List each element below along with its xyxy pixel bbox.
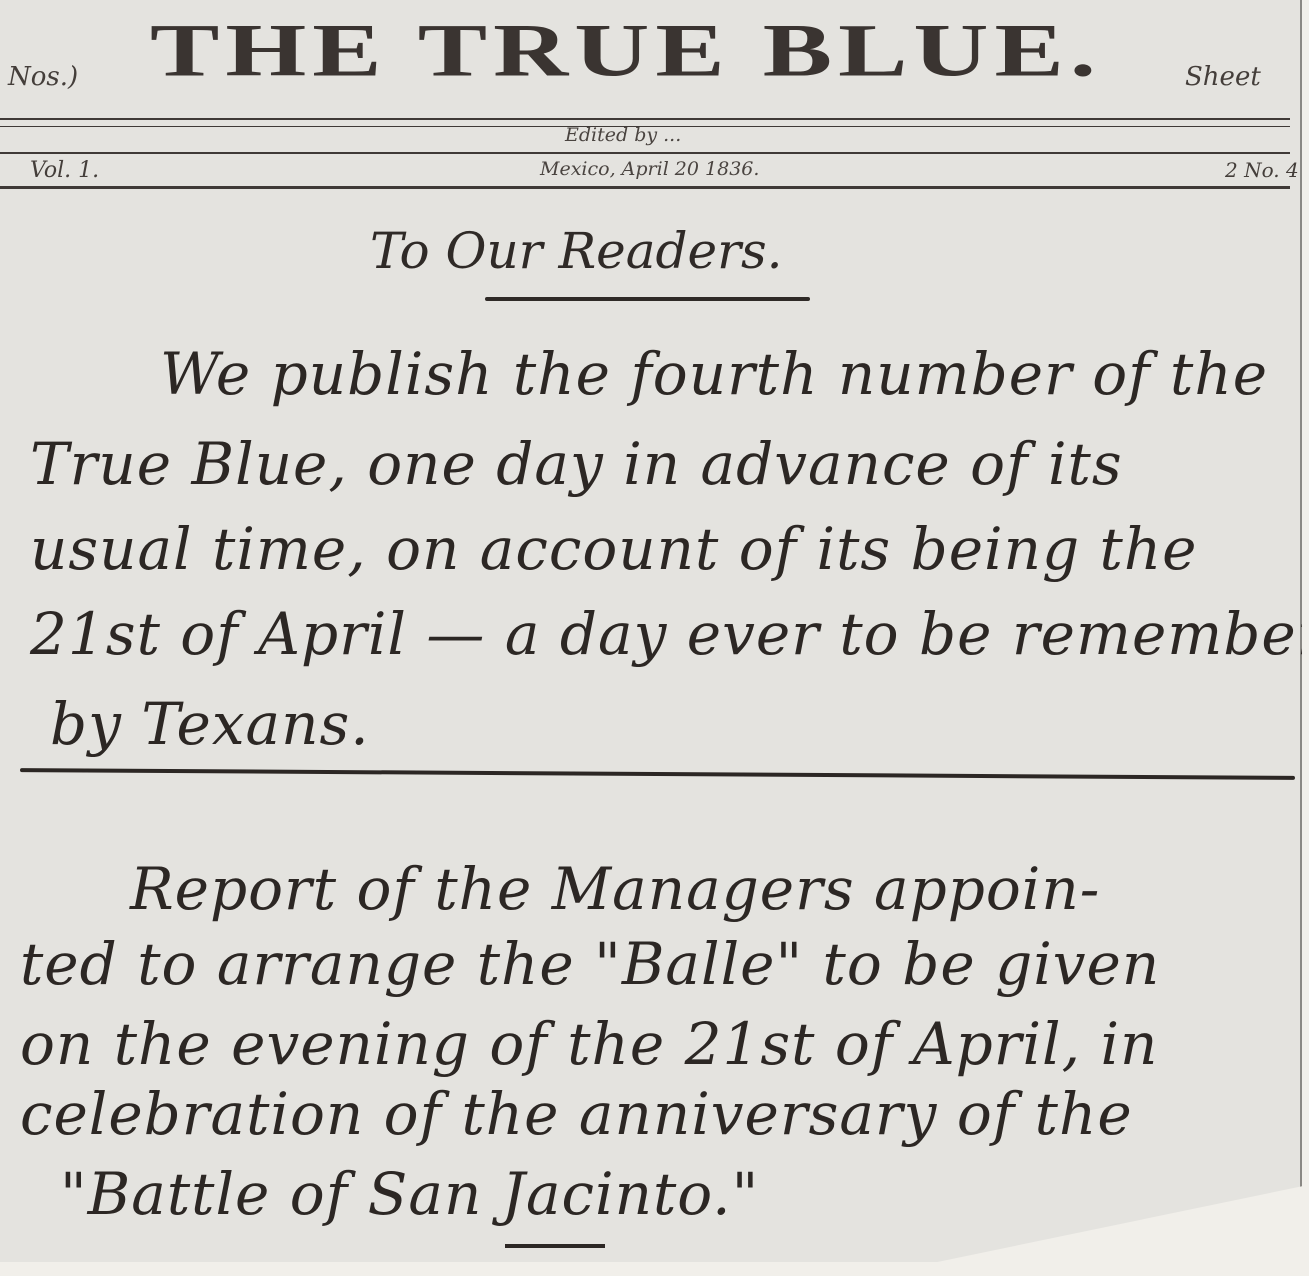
masthead-left-corner: Nos.) (8, 62, 78, 92)
masthead-right-corner: Sheet (1185, 62, 1261, 92)
dateline: Mexico, April 20 1836. (540, 158, 759, 180)
article-heading: To Our Readers. (370, 222, 783, 280)
article1-line: usual time, on account of its being the (30, 515, 1198, 583)
newspaper-page: Nos.) THE TRUE BLUE. Sheet Edited by ...… (0, 0, 1302, 1262)
heading-underline (485, 297, 810, 301)
masthead-rule-top (0, 118, 1290, 120)
article2-line: Report of the Managers appoin- (130, 855, 1100, 923)
article1-line: by Texans. (50, 690, 370, 758)
article2-line: celebration of the anniversary of the (20, 1080, 1133, 1148)
article1-line: True Blue, one day in advance of its (30, 430, 1123, 498)
section-divider (20, 768, 1295, 780)
masthead-title: THE TRUE BLUE. (150, 8, 1150, 94)
end-mark (505, 1244, 605, 1248)
edited-by-line: Edited by ... (565, 124, 681, 146)
volume-label: Vol. 1. (30, 158, 99, 183)
article1-line: We publish the fourth number of the (160, 340, 1268, 408)
masthead-rule-bottom (0, 186, 1290, 189)
article2-line: ted to arrange the "Balle" to be given (20, 930, 1160, 998)
article2-line: on the evening of the 21st of April, in (20, 1010, 1158, 1078)
issue-number: 2 No. 4 (1225, 158, 1299, 182)
article1-line: 21st of April — a day ever to be remembe… (30, 600, 1309, 668)
article2-line: "Battle of San Jacinto." (60, 1160, 759, 1228)
masthead-rule-middle (0, 152, 1290, 154)
